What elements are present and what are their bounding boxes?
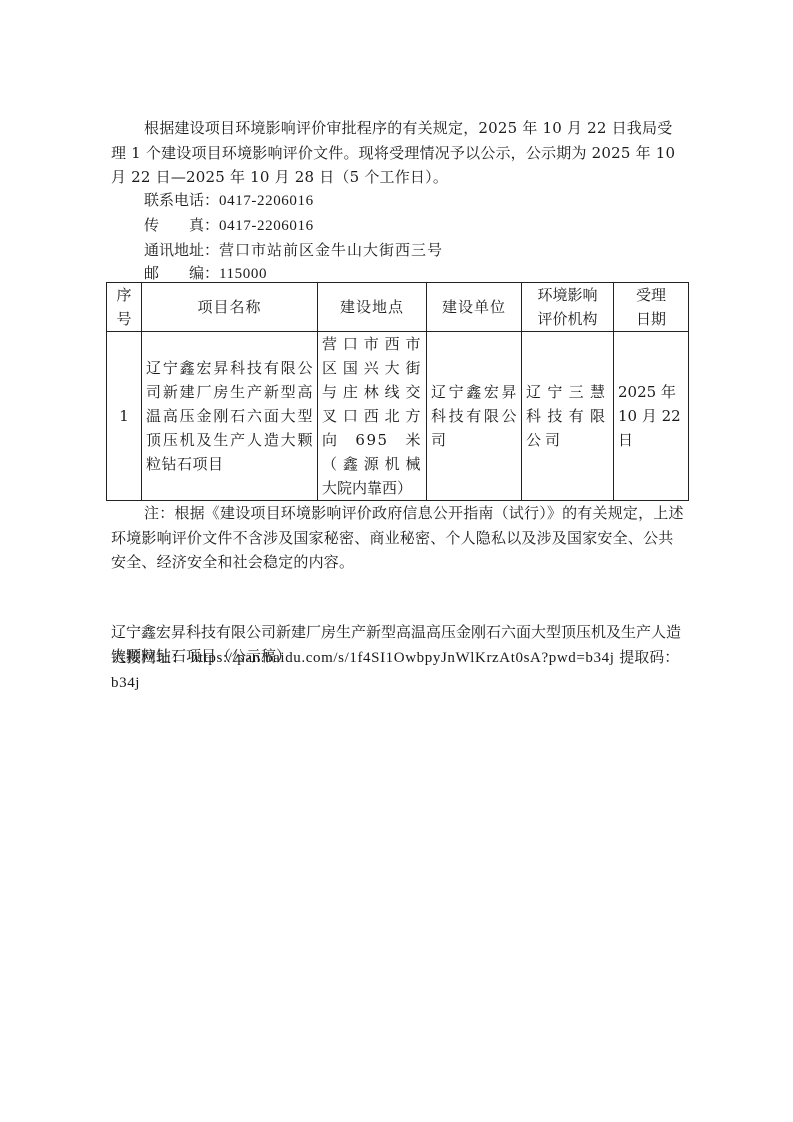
download-link[interactable]: https://pan.baidu.com/s/1f4SI1OwbpyJnWlK…	[191, 650, 615, 666]
postcode-value: 115000	[219, 266, 267, 282]
document-page: 根据建设项目环境影响评价审批程序的有关规定，2025 年 10 月 22 日我局…	[0, 0, 793, 1122]
address-value: 营口市站前区金牛山大街西三号	[219, 241, 443, 259]
contact-phone-row: 联系电话：0417-2206016	[144, 189, 443, 214]
project-table: 序 号 项目名称 建设地点 建设单位 环境影响 评价机构 受理	[106, 282, 689, 501]
cell-eia-agency: 辽宁三慧科技有限公司	[522, 332, 614, 501]
cell-location: 营口市西市 区国兴大街 与庄林线交 叉口西北方 向 695 米 （鑫源机械 大院…	[318, 332, 427, 501]
contact-fax-row: 传 真：0417-2206016	[144, 214, 443, 239]
table-row: 1 辽宁鑫宏昇科技有限公司新建厂房生产新型高温高压金刚石六面大型顶压机及生产人造…	[107, 332, 689, 501]
cell-project-name: 辽宁鑫宏昇科技有限公司新建厂房生产新型高温高压金刚石六面大型顶压机及生产人造大颗…	[142, 332, 318, 501]
cell-builder: 辽宁鑫宏昇科技有限公司	[427, 332, 522, 501]
cell-accept-date: 2025 年 10 月 22 日	[614, 332, 689, 501]
phone-value: 0417-2206016	[219, 193, 314, 209]
fax-label: 传 真：	[144, 216, 219, 234]
phone-label: 联系电话：	[144, 191, 219, 209]
header-project-name: 项目名称	[142, 283, 318, 332]
header-builder: 建设单位	[427, 283, 522, 332]
header-accept-date: 受理 日期	[614, 283, 689, 332]
contact-address-row: 通讯地址：营口市站前区金牛山大街西三号	[144, 239, 443, 263]
fax-value: 0417-2206016	[219, 218, 314, 234]
extraction-code: b34j	[111, 675, 140, 691]
code-label: 提取码：	[619, 648, 679, 666]
address-label: 通讯地址：	[144, 241, 219, 259]
postcode-label: 邮 编：	[144, 264, 219, 282]
header-eia-agency: 环境影响 评价机构	[522, 283, 614, 332]
table-header-row: 序 号 项目名称 建设地点 建设单位 环境影响 评价机构 受理	[107, 283, 689, 332]
disclaimer-note: 注：根据《建设项目环境影响评价政府信息公开指南（试行）》的有关规定，上述环境影响…	[111, 501, 687, 575]
header-no: 序 号	[107, 283, 142, 332]
attachment-link-block: 链接网址： https://pan.baidu.com/s/1f4SI1Owbp…	[111, 646, 687, 695]
header-location: 建设地点	[318, 283, 427, 332]
cell-no: 1	[107, 332, 142, 501]
contact-info: 联系电话：0417-2206016 传 真：0417-2206016 通讯地址：…	[144, 189, 443, 287]
intro-paragraph: 根据建设项目环境影响评价审批程序的有关规定，2025 年 10 月 22 日我局…	[111, 116, 687, 190]
link-label: 链接网址：	[111, 648, 186, 666]
